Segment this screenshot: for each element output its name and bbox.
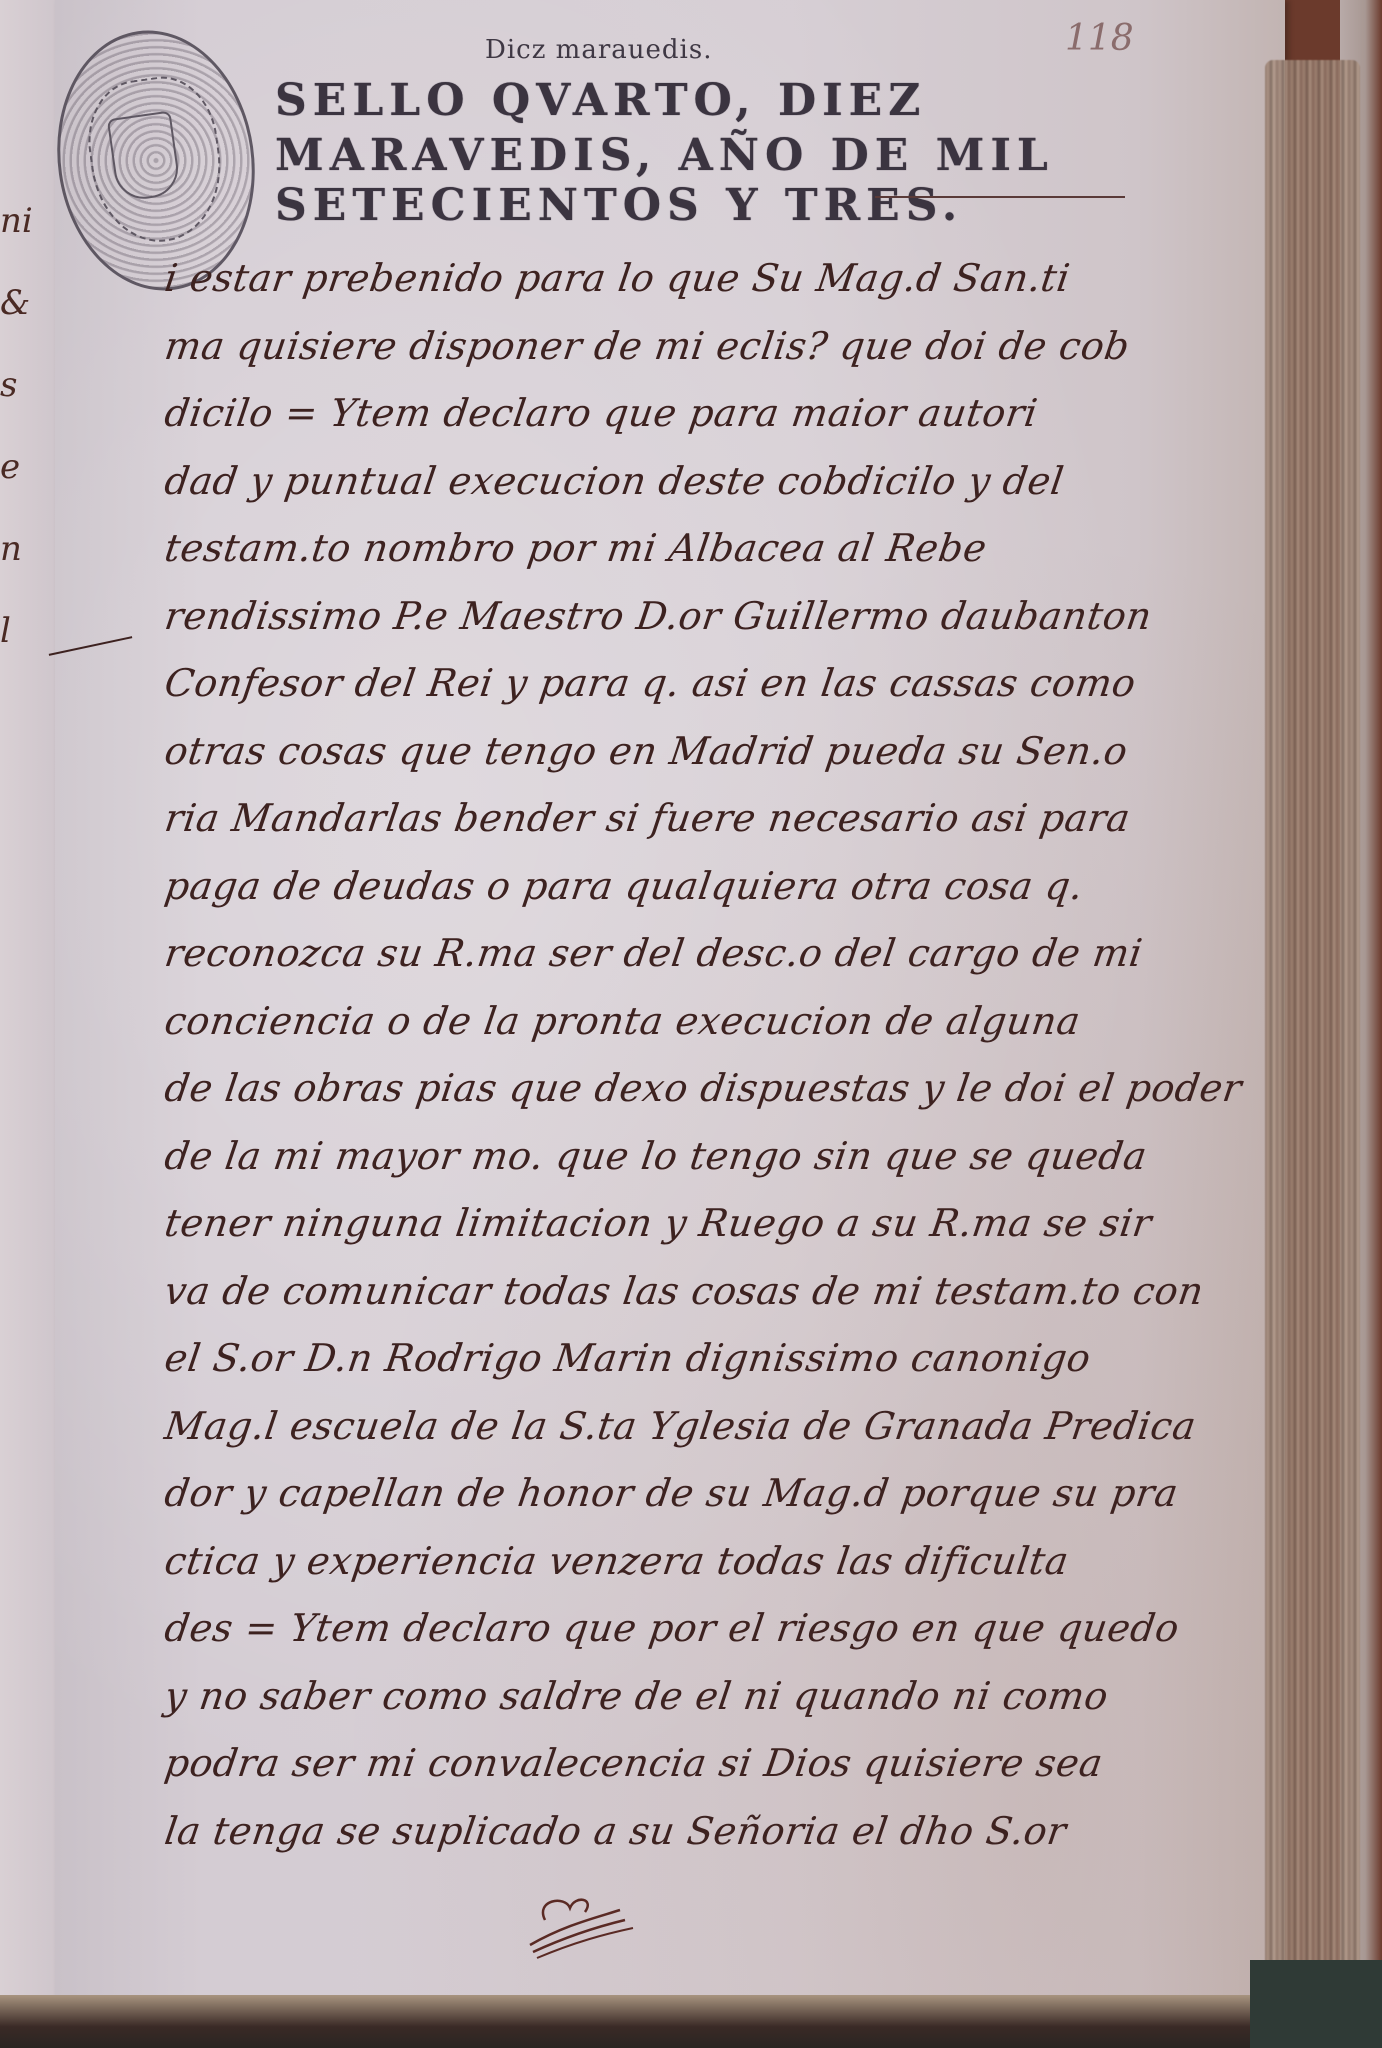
text-line: i estar prebenido para lo que Su Mag.d S… xyxy=(160,245,1269,313)
margin-fragment: s xyxy=(0,344,60,426)
text-line: Mag.l escuela de la S.ta Yglesia de Gran… xyxy=(160,1393,1269,1461)
text-line: des = Ytem declaro que por el riesgo en … xyxy=(160,1595,1269,1663)
stamp-header-line-2: MARAVEDIS, AÑO DE MIL xyxy=(275,130,1054,181)
text-line: el S.or D.n Rodrigo Marin dignissimo can… xyxy=(160,1325,1269,1393)
text-line: otras cosas que tengo en Madrid pueda su… xyxy=(160,718,1269,786)
text-line: ria Mandarlas bender si fuere necesario … xyxy=(160,785,1269,853)
folio-number: 118 xyxy=(1065,18,1134,59)
page-edge-fray xyxy=(1265,60,1360,1990)
text-line: ctica y experiencia venzera todas las di… xyxy=(160,1528,1269,1596)
text-line: la tenga se suplicado a su Señoria el dh… xyxy=(160,1798,1269,1866)
text-line: de las obras pias que dexo dispuestas y … xyxy=(160,1055,1269,1123)
text-line: y no saber como saldre de el ni quando n… xyxy=(160,1663,1269,1731)
margin-fragment: & xyxy=(0,262,60,344)
text-line: reconozca su R.ma ser del desc.o del car… xyxy=(160,920,1269,988)
text-line: Confesor del Rei y para q. asi en las ca… xyxy=(160,650,1269,718)
margin-fragment: l xyxy=(0,590,60,672)
text-line: dor y capellan de honor de su Mag.d porq… xyxy=(160,1460,1269,1528)
text-line: va de comunicar todas las cosas de mi te… xyxy=(160,1258,1269,1326)
margin-fragment: n xyxy=(0,508,60,590)
stamp-header-line-3: SETECIENTOS Y TRES. xyxy=(275,180,963,231)
text-line: paga de deudas o para qualquiera otra co… xyxy=(160,853,1269,921)
text-line: ma quisiere disponer de mi eclis? que do… xyxy=(160,313,1269,381)
margin-fragment: ni xyxy=(0,180,60,262)
text-line: de la mi mayor mo. que lo tengo sin que … xyxy=(160,1123,1269,1191)
page-bottom-shadow xyxy=(0,1995,1382,2048)
previous-page-margin-text: ni & s e n l xyxy=(0,180,60,1780)
text-line: testam.to nombro por mi Albacea al Rebe xyxy=(160,515,1269,583)
stamp-header-line-1: SELLO QVARTO, DIEZ xyxy=(275,75,926,126)
stamp-value-line: Dicz marauedis. xyxy=(485,35,712,65)
text-line: podra ser mi convalecencia si Dios quisi… xyxy=(160,1730,1269,1798)
stamp-underline xyxy=(875,196,1125,198)
text-line: tener ninguna limitacion y Ruego a su R.… xyxy=(160,1190,1269,1258)
text-line: dad y puntual execucion deste cobdicilo … xyxy=(160,448,1269,516)
signature-rubric-icon xyxy=(525,1890,635,1960)
handwritten-text-block: i estar prebenido para lo que Su Mag.d S… xyxy=(165,245,1265,1865)
text-line: dicilo = Ytem declaro que para maior aut… xyxy=(160,380,1269,448)
text-line: rendissimo P.e Maestro D.or Guillermo da… xyxy=(160,583,1269,651)
background-corner xyxy=(1250,1960,1382,2048)
margin-fragment: e xyxy=(0,426,60,508)
text-line: conciencia o de la pronta execucion de a… xyxy=(160,988,1269,1056)
